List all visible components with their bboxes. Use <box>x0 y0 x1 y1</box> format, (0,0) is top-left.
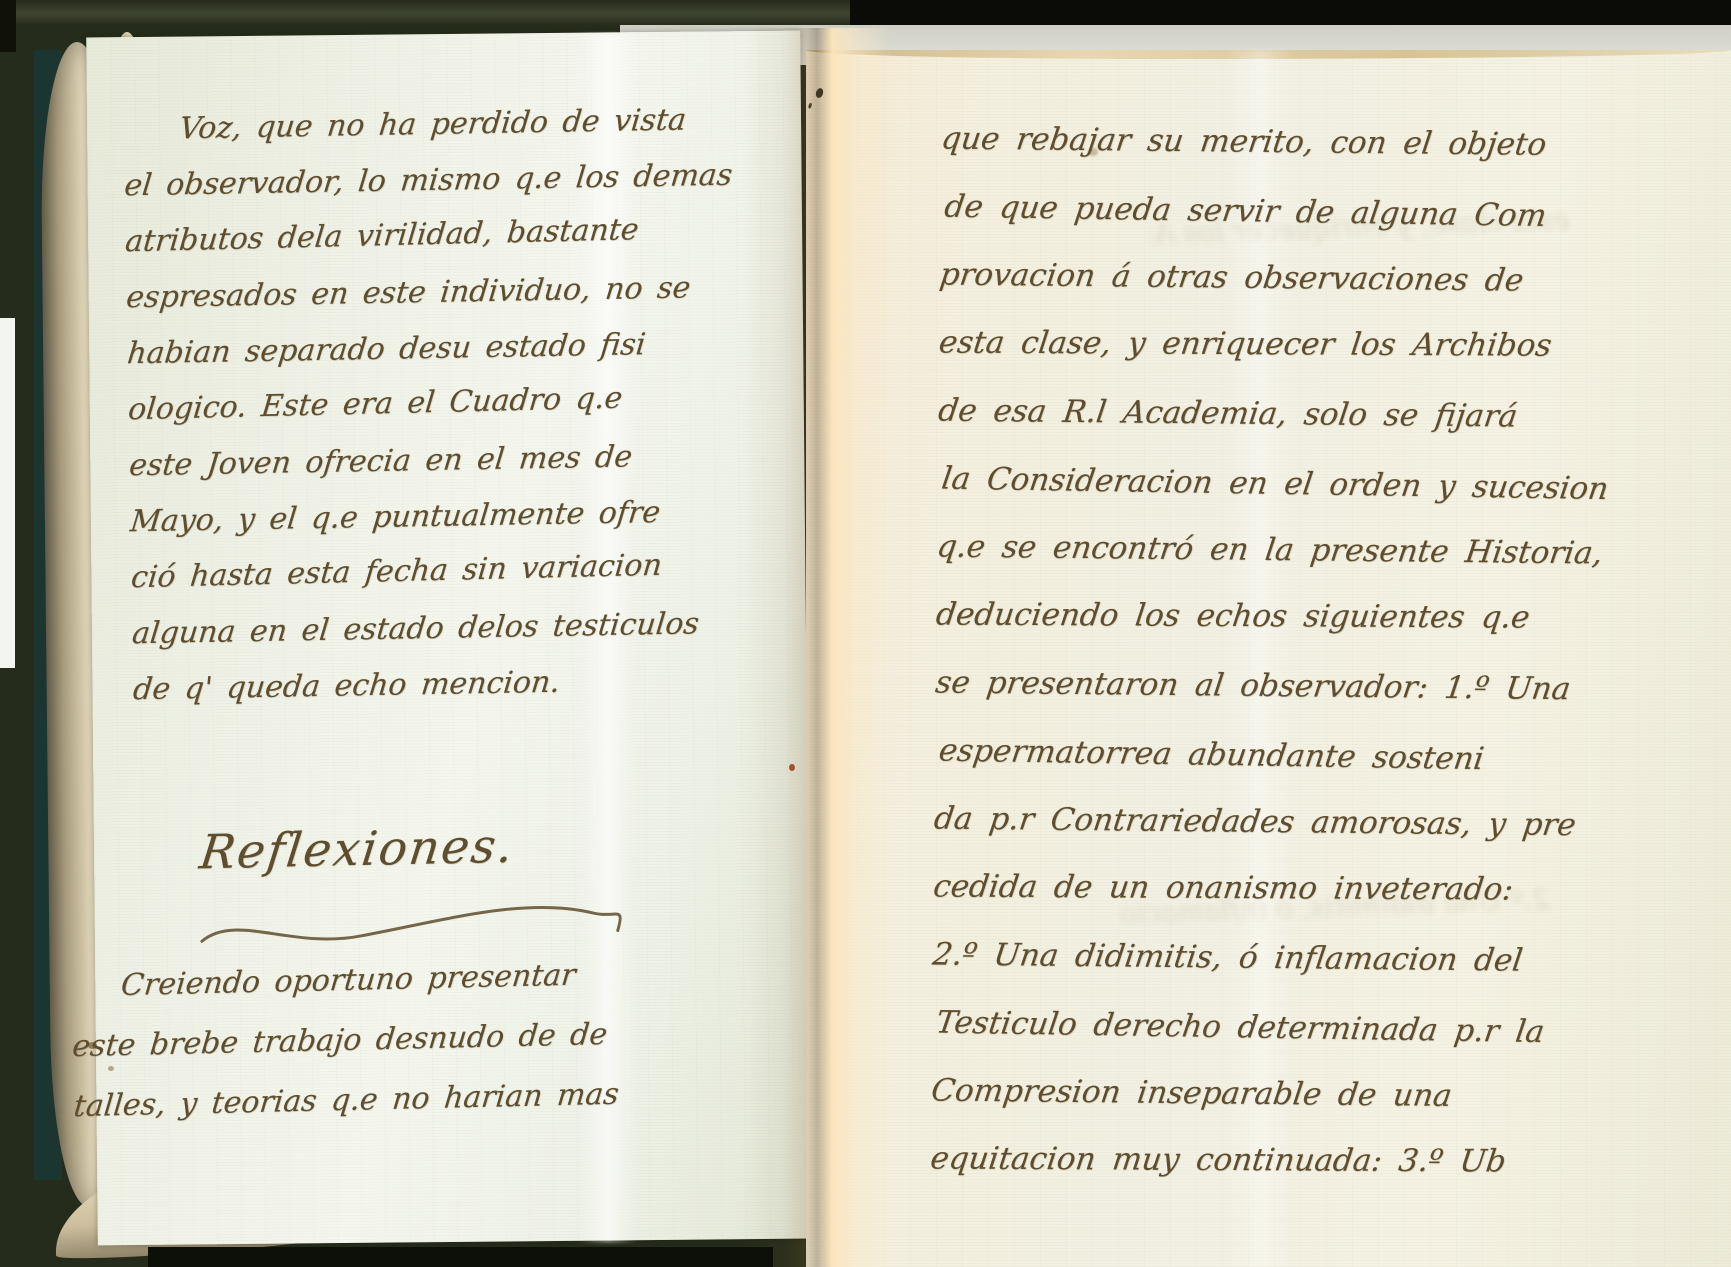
manuscript-line: 2.º Una didimitis, ó inflamacion del <box>930 905 1610 980</box>
manuscript-line: de que pueda servir de alguna Com <box>942 157 1618 235</box>
scanner-corner-shadow <box>0 0 16 52</box>
left-page-paragraph-2: Creiendo oportuno presentar este brebe t… <box>68 932 617 1124</box>
manuscript-line: de q' queda echo mencion. <box>131 641 745 708</box>
scanned-book-spread: esta clase, y enriquecer los Archibos 2.… <box>0 0 1731 1267</box>
right-page-paragraph: que rebajar su merito, con el objeto de … <box>928 89 1610 1184</box>
manuscript-line: talles, y teorias q.e no harian mas <box>72 1052 623 1125</box>
manuscript-line: q.e se encontró en la presente Historia, <box>935 497 1615 572</box>
scan-edge-white <box>0 318 15 668</box>
scanner-bottom-strip <box>148 1247 773 1267</box>
section-heading: Reflexiones. <box>197 819 518 881</box>
manuscript-line: cedida de un onanismo inveterado: <box>931 837 1611 908</box>
manuscript-line: que rebajar su merito, con el objeto <box>939 89 1619 164</box>
right-page-deckle-edge <box>806 50 1731 59</box>
section-heading-wrap: Reflexiones. <box>199 819 515 881</box>
manuscript-line: la Consideracion en el orden y sucesion <box>939 429 1615 507</box>
red-stain <box>789 764 795 771</box>
manuscript-line: da p.r Contrariedades amorosas, y pre <box>932 769 1612 844</box>
manuscript-line: deduciendo los echos siguientes q.e <box>934 565 1614 636</box>
manuscript-line: se presentaron al observador: 1.º Una <box>933 633 1613 708</box>
manuscript-line: espermatorrea abundante sosteni <box>937 701 1613 779</box>
manuscript-line: esta clase, y enriquecer los Archibos <box>937 293 1617 364</box>
left-page-paragraph-1: Voz, que no ha perdido de vista el obser… <box>121 81 740 708</box>
manuscript-line: provacion á otras observaciones de <box>938 225 1618 300</box>
manuscript-line: equitacion muy continuada: 3.º Ub <box>928 1109 1608 1180</box>
manuscript-line: Compresion inseparable de una <box>929 1041 1609 1116</box>
scanner-top-bar-dark <box>850 0 1731 28</box>
manuscript-line: de esa R.l Academia, solo se fijará <box>936 361 1616 436</box>
manuscript-line: Testiculo derecho determinada p.r la <box>934 973 1610 1051</box>
